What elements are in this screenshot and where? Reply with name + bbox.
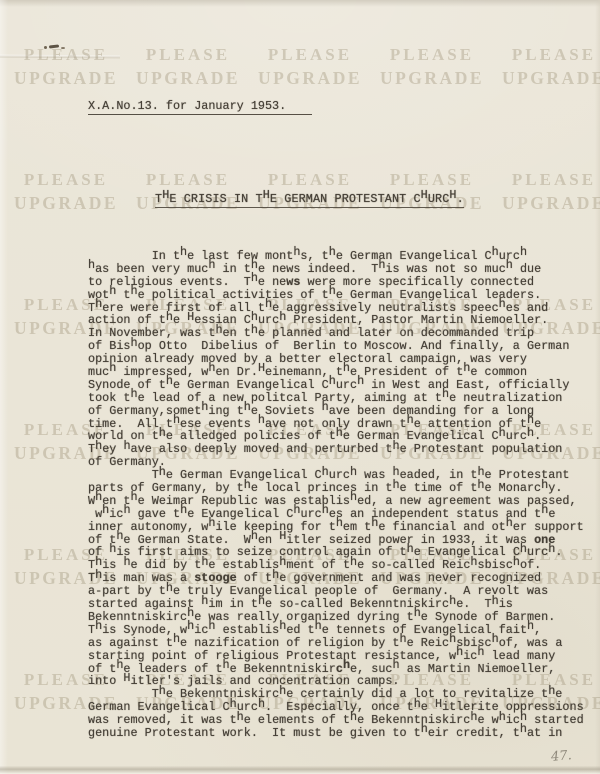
text-line: parts of Germany, by the local princes i… (88, 482, 598, 495)
text-line: This Synode, which established the tenne… (88, 624, 598, 637)
ink-smudge (49, 44, 59, 48)
watermark-text: UPGRADE (132, 67, 244, 89)
paragraph-2: The German Evangelical Church was headed… (88, 469, 598, 688)
watermark-unit: PLEASEUPGRADE (10, 42, 122, 89)
watermark-unit: PLEASEUPGRADE (498, 167, 600, 214)
watermark-text: PLEASE (376, 42, 488, 67)
watermark-text: PLEASE (376, 167, 488, 192)
watermark-text: PLEASE (254, 42, 366, 67)
ink-smudge (44, 46, 47, 49)
text-line: has been very much in the news indeed. T… (88, 263, 598, 276)
text-line: which gave the Evangelical Churches an i… (88, 508, 598, 521)
paper-left-edge (0, 0, 8, 774)
text-line: of Germany,something the Soviets have be… (88, 405, 598, 418)
watermark-unit: PLEASEUPGRADE (10, 167, 122, 214)
watermark-unit: PLEASEUPGRADE (498, 42, 600, 89)
watermark-text: PLEASE (498, 42, 600, 67)
text-line: as against the nazification of religion … (88, 637, 598, 650)
document-title: THE CRISIS IN THE GERMAN PROTESTANT CHUR… (155, 192, 464, 206)
watermark-text: UPGRADE (498, 67, 600, 89)
reference-line: X.A.No.13. for January 1953. (88, 99, 312, 113)
document-title-text: THE CRISIS IN THE GERMAN PROTESTANT CHUR… (155, 192, 464, 208)
watermark-text: PLEASE (10, 167, 122, 192)
paper-top-edge (0, 0, 600, 7)
watermark-text: PLEASE (498, 167, 600, 192)
text-line: Synode of the German Evangelical Church … (88, 379, 598, 392)
watermark-text: UPGRADE (10, 192, 122, 214)
paper-crease (0, 55, 120, 59)
text-line: to religious events. The news were more … (88, 276, 598, 289)
text-line: inner autonomy, while keeping for them t… (88, 521, 598, 534)
text-line: Bekenntniskirche was really organized dy… (88, 611, 598, 624)
text-line: When the Weimar Republic was established… (88, 495, 598, 508)
document-page: { "document": { "paper_color": "#ebe6d9"… (0, 0, 600, 774)
ink-smudge (61, 47, 65, 49)
text-line: started against him in the so-called Bek… (88, 598, 598, 611)
watermark-text: PLEASE (132, 42, 244, 67)
paragraph-1: In the last few months, the German Evang… (88, 250, 598, 469)
watermark-text: UPGRADE (10, 67, 122, 89)
text-line: woth the political activities of the Ger… (88, 289, 598, 302)
paragraph-3: The Bekenntniskirche certainly did a lot… (88, 688, 598, 740)
watermark-unit: PLEASEUPGRADE (254, 42, 366, 89)
text-line: In the last few months, the German Evang… (88, 250, 598, 263)
watermark-text: PLEASE (254, 167, 366, 192)
body-text: In the last few months, the German Evang… (88, 250, 598, 740)
paper-bottom-edge (0, 766, 600, 774)
reference-line-text: X.A.No.13. for January 1953. (88, 99, 312, 115)
watermark-text: UPGRADE (498, 192, 600, 214)
watermark-unit: PLEASEUPGRADE (376, 42, 488, 89)
text-line: much impressed, when Dr.Heinemann, the P… (88, 366, 598, 379)
page-number: 47. (550, 748, 572, 765)
text-line: genuine Protestant work. It must be give… (88, 727, 598, 740)
text-line: took the lead of a new politcal Party, a… (88, 392, 598, 405)
watermark-text: UPGRADE (254, 67, 366, 89)
watermark-unit: PLEASEUPGRADE (132, 42, 244, 89)
watermark-text: UPGRADE (376, 67, 488, 89)
watermark-text: PLEASE (132, 167, 244, 192)
